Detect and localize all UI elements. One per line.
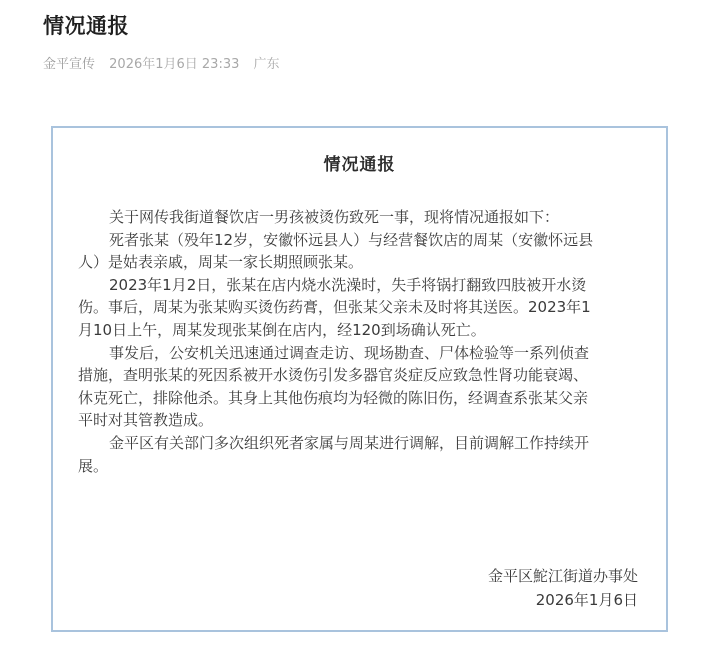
notice-body: 关于网传我街道餐饮店一男孩被烫伤致死一事，现将情况通报如下： 死者张某（殁年12…	[78, 206, 648, 477]
notice-line: 月10日上午，周某发现张某倒在店内，经120到场确认死亡。	[78, 319, 648, 342]
notice-line: 关于网传我街道餐饮店一男孩被烫伤致死一事，现将情况通报如下：	[78, 206, 648, 229]
notice-line: 金平区有关部门多次组织死者家属与周某进行调解，目前调解工作持续开	[78, 432, 648, 455]
notice-line: 事发后，公安机关迅速通过调查走访、现场勘查、尸体检验等一系列侦查	[78, 342, 648, 365]
notice-line: 伤。事后，周某为张某购买烫伤药膏，但张某父亲未及时将其送医。2023年1	[78, 296, 648, 319]
notice-line: 死者张某（殁年12岁，安徽怀远县人）与经营餐饮店的周某（安徽怀远县	[78, 229, 648, 252]
notice-image: 情况通报 关于网传我街道餐饮店一男孩被烫伤致死一事，现将情况通报如下： 死者张某…	[51, 126, 668, 632]
notice-line: 2023年1月2日，张某在店内烧水洗澡时，失手将锅打翻致四肢被开水烫	[78, 274, 648, 297]
signature-date: 2026年1月6日	[488, 588, 638, 612]
notice-line: 休克死亡，排除他杀。其身上其他伤痕均为轻微的陈旧伤，经调查系张某父亲	[78, 387, 648, 410]
publish-location: 广东	[254, 57, 280, 72]
article-title: 情况通报	[43, 10, 129, 40]
notice-signature: 金平区鮀江街道办事处 2026年1月6日	[488, 564, 638, 612]
notice-heading: 情况通报	[53, 150, 666, 175]
author-name[interactable]: 金平宣传	[43, 57, 95, 72]
publish-time: 2026年1月6日 23:33	[109, 57, 239, 72]
article-meta: 金平宣传 2026年1月6日 23:33 广东	[43, 53, 280, 72]
notice-line: 措施，查明张某的死因系被开水烫伤引发多器官炎症反应致急性肾功能衰竭、	[78, 364, 648, 387]
signature-organization: 金平区鮀江街道办事处	[488, 564, 638, 588]
notice-line: 展。	[78, 455, 648, 478]
notice-line: 平时对其管教造成。	[78, 409, 648, 432]
notice-line: 人）是姑表亲戚，周某一家长期照顾张某。	[78, 251, 648, 274]
